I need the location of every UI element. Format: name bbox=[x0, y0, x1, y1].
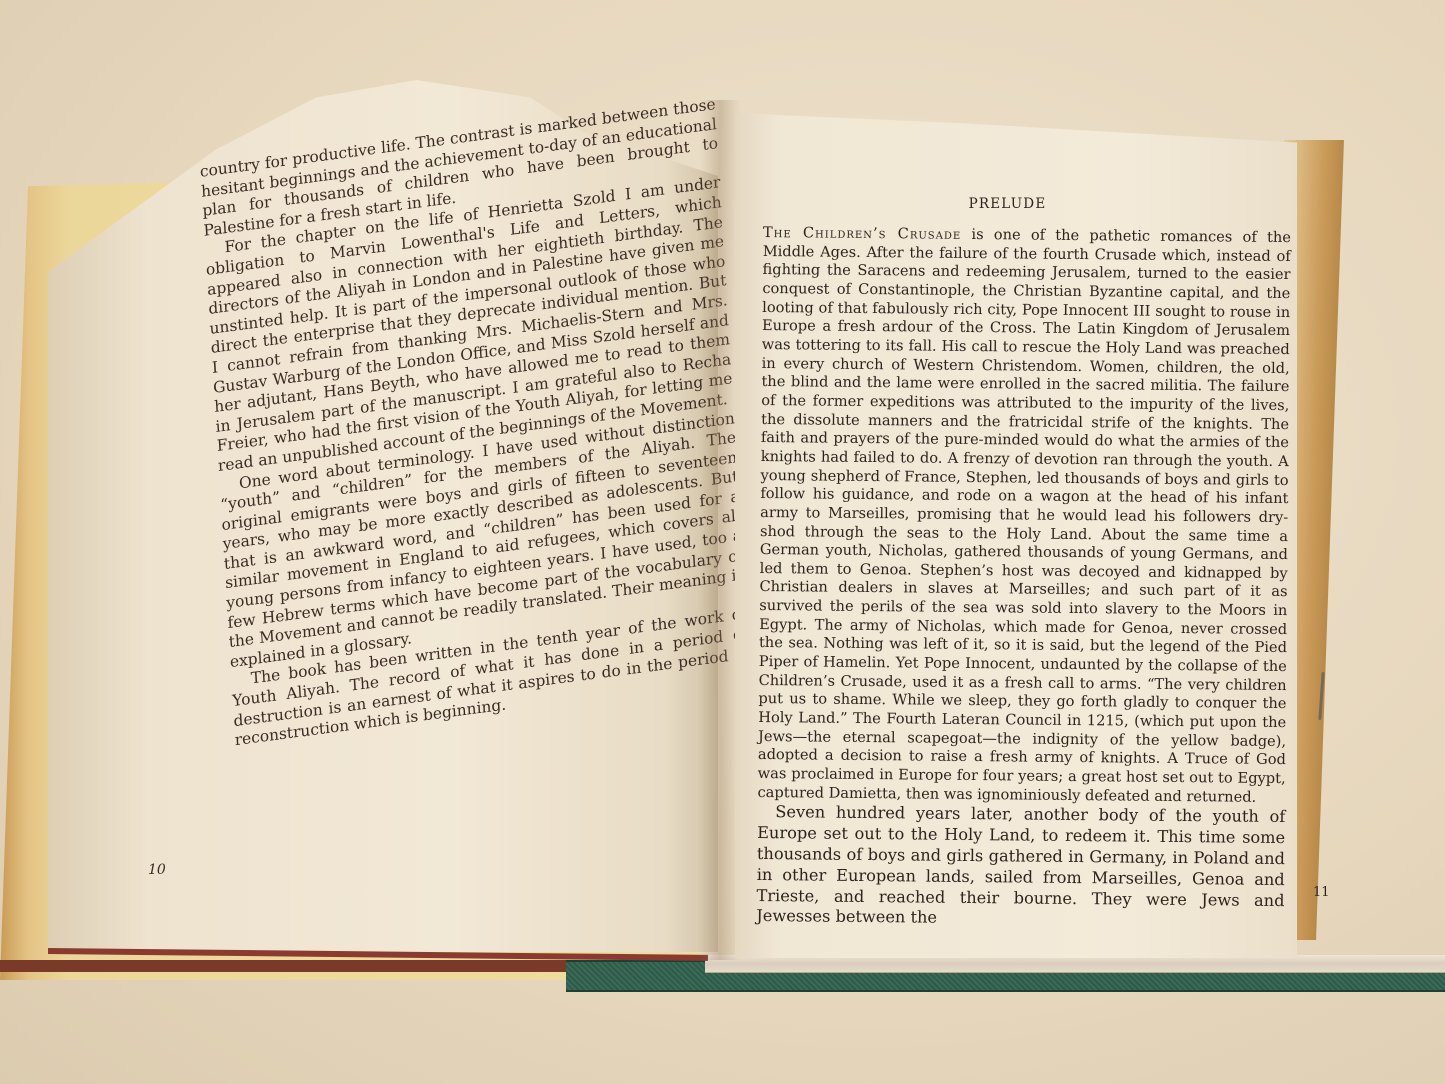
left-page-number: 10 bbox=[148, 862, 166, 878]
right-paragraph-2: Seven hundred years later, another body … bbox=[756, 802, 1285, 932]
lead-smallcaps: The Children’s Crusade bbox=[763, 224, 961, 243]
photo-scene: country for productive life. The contras… bbox=[0, 0, 1445, 1084]
right-page-text: The Children’s Crusade is one of the pat… bbox=[756, 224, 1291, 932]
paragraph-1-body: is one of the pathetic romances of the M… bbox=[757, 226, 1291, 806]
right-page-number: 11 bbox=[1313, 885, 1330, 900]
left-page-text: country for productive life. The contras… bbox=[199, 95, 751, 751]
chapter-heading: PRELUDE bbox=[735, 196, 1280, 212]
right-paragraph-1: The Children’s Crusade is one of the pat… bbox=[757, 224, 1291, 807]
gutter-shadow bbox=[700, 100, 740, 960]
